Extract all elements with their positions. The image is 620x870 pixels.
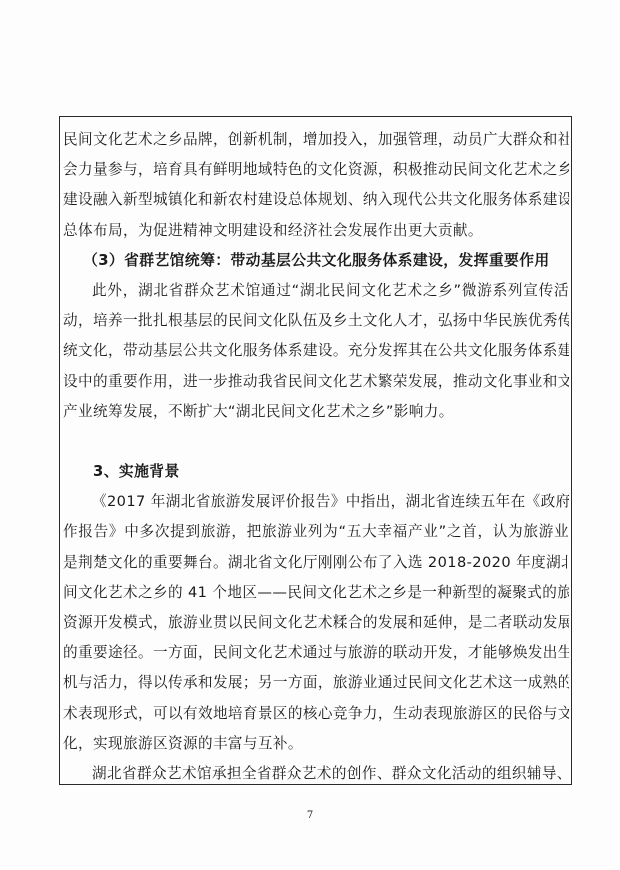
text-line: 化，实现旅游区资源的丰富与互补。 bbox=[63, 729, 569, 759]
text-line: 作报告》中多次提到旅游，把旅游业列为“五大幸福产业”之首，认为旅游业 bbox=[63, 517, 569, 547]
text-line: 设中的重要作用，进一步推动我省民间文化艺术繁荣发展，推动文化事业和文化 bbox=[63, 367, 569, 397]
page-number: 7 bbox=[0, 810, 620, 821]
paragraph: 《2017 年湖北省旅游发展评价报告》中指出，湖北省连续五年在《政府工 作报告》… bbox=[63, 487, 569, 759]
paragraph: 湖北省群众艺术馆承担全省群众艺术的创作、群众文化活动的组织辅导、 bbox=[63, 759, 569, 789]
text-line: 民间文化艺术之乡品牌，创新机制，增加投入，加强管理，动员广大群众和社 bbox=[63, 125, 569, 155]
text-line: 湖北省群众艺术馆承担全省群众艺术的创作、群众文化活动的组织辅导、 bbox=[63, 759, 569, 789]
blank-line bbox=[63, 427, 569, 457]
text-line: 的重要途径。一方面，民间文化艺术通过与旅游的联动开发，才能够焕发出生 bbox=[63, 638, 569, 668]
text-line: 是荆楚文化的重要舞台。湖北省文化厅刚刚公布了入选 2018-2020 年度湖北民 bbox=[63, 548, 569, 578]
text-line: 产业统筹发展，不断扩大“湖北民间文化艺术之乡”影响力。 bbox=[63, 397, 569, 427]
text-line: 统文化，带动基层公共文化服务体系建设。充分发挥其在公共文化服务体系建 bbox=[63, 336, 569, 366]
subheading-3: （3）省群艺馆统筹：带动基层公共文化服务体系建设，发挥重要作用 bbox=[63, 246, 569, 276]
content-frame: 民间文化艺术之乡品牌，创新机制，增加投入，加强管理，动员广大群众和社 会力量参与… bbox=[59, 116, 572, 785]
text-line: 术表现形式，可以有效地培育景区的核心竞争力，生动表现旅游区的民俗与文 bbox=[63, 699, 569, 729]
text-line: 此外，湖北省群众艺术馆通过“湖北民间文化艺术之乡”微游系列宣传活 bbox=[63, 276, 569, 306]
text-line: 机与活力，得以传承和发展；另一方面，旅游业通过民间文化艺术这一成熟的艺 bbox=[63, 668, 569, 698]
text-line: 间文化艺术之乡的 41 个地区——民间文化艺术之乡是一种新型的凝聚式的旅游 bbox=[63, 578, 569, 608]
paragraph: 此外，湖北省群众艺术馆通过“湖北民间文化艺术之乡”微游系列宣传活 动，培养一批扎… bbox=[63, 276, 569, 427]
document-page: 民间文化艺术之乡品牌，创新机制，增加投入，加强管理，动员广大群众和社 会力量参与… bbox=[0, 0, 620, 870]
text-line: 动，培养一批扎根基层的民间文化队伍及乡土文化人才，弘扬中华民族优秀传 bbox=[63, 306, 569, 336]
text-line: 《2017 年湖北省旅游发展评价报告》中指出，湖北省连续五年在《政府工 bbox=[63, 487, 569, 517]
paragraph-continuation: 民间文化艺术之乡品牌，创新机制，增加投入，加强管理，动员广大群众和社 会力量参与… bbox=[63, 125, 569, 246]
text-line: 总体布局，为促进精神文明建设和经济社会发展作出更大贡献。 bbox=[63, 216, 569, 246]
text-line: 会力量参与，培育具有鲜明地域特色的文化资源，积极推动民间文化艺术之乡 bbox=[63, 155, 569, 185]
section-heading: 3、实施背景 bbox=[63, 457, 569, 487]
text-line: 建设融入新型城镇化和新农村建设总体规划、纳入现代公共文化服务体系建设 bbox=[63, 185, 569, 215]
text-line: 资源开发模式，旅游业贯以民间文化艺术糅合的发展和延伸，是二者联动发展 bbox=[63, 608, 569, 638]
